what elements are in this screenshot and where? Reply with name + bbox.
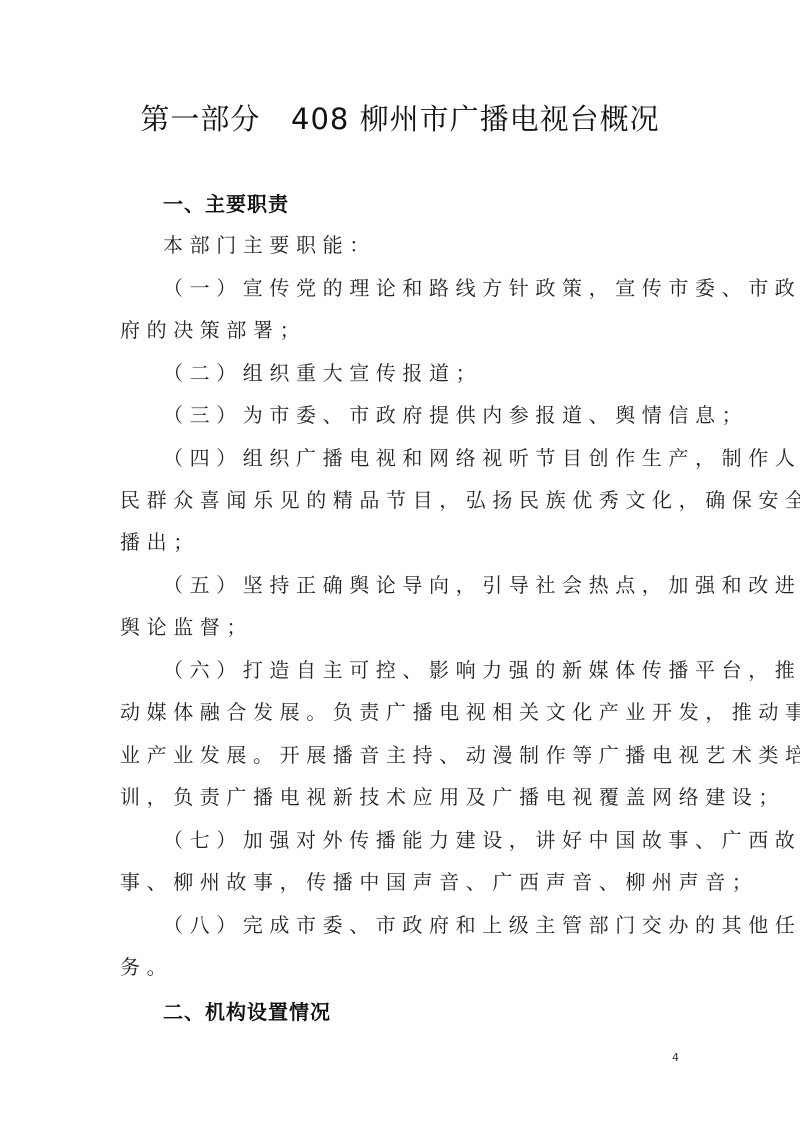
- duty-4-line-1: （四）组织广播电视和网络视听节目创作生产，制作人: [163, 446, 733, 470]
- duty-2: （二）组织重大宣传报道；: [163, 361, 733, 385]
- duty-4-line-2: 民群众喜闻乐见的精品节目，弘扬民族优秀文化，确保安全: [120, 488, 690, 512]
- duty-6-line-1: （六）打造自主可控、影响力强的新媒体传播平台，推: [163, 658, 733, 682]
- duty-3: （三）为市委、市政府提供内参报道、舆情信息；: [163, 403, 733, 427]
- section-heading-main-duties: 一、主要职责: [163, 188, 289, 217]
- duty-8-line-1: （八）完成市委、市政府和上级主管部门交办的其他任: [163, 913, 733, 937]
- duty-5-line-1: （五）坚持正确舆论导向，引导社会热点，加强和改进: [163, 573, 733, 597]
- duty-6-line-3: 业产业发展。开展播音主持、动漫制作等广播电视艺术类培: [120, 743, 690, 767]
- duty-4-line-3: 播出；: [120, 530, 690, 554]
- duty-5-line-2: 舆论监督；: [120, 615, 690, 639]
- duty-1-line-2: 府的决策部署；: [120, 318, 690, 342]
- duty-6-line-4: 训，负责广播电视新技术应用及广播电视覆盖网络建设；: [120, 785, 690, 809]
- duty-1-line-1: （一）宣传党的理论和路线方针政策，宣传市委、市政: [163, 276, 733, 300]
- section-heading-org-structure: 二、机构设置情况: [163, 996, 331, 1025]
- duty-7-line-1: （七）加强对外传播能力建设，讲好中国故事、广西故: [163, 828, 733, 852]
- page-title: 第一部分 408 柳州市广播电视台概况: [0, 97, 800, 138]
- duty-7-line-2: 事、柳州故事，传播中国声音、广西声音、柳州声音；: [120, 870, 690, 894]
- duty-6-line-2: 动媒体融合发展。负责广播电视相关文化产业开发，推动事: [120, 700, 690, 724]
- duty-8-line-2: 务。: [120, 955, 690, 979]
- intro-line: 本部门主要职能：: [163, 233, 733, 257]
- page-number: 4: [672, 1051, 679, 1064]
